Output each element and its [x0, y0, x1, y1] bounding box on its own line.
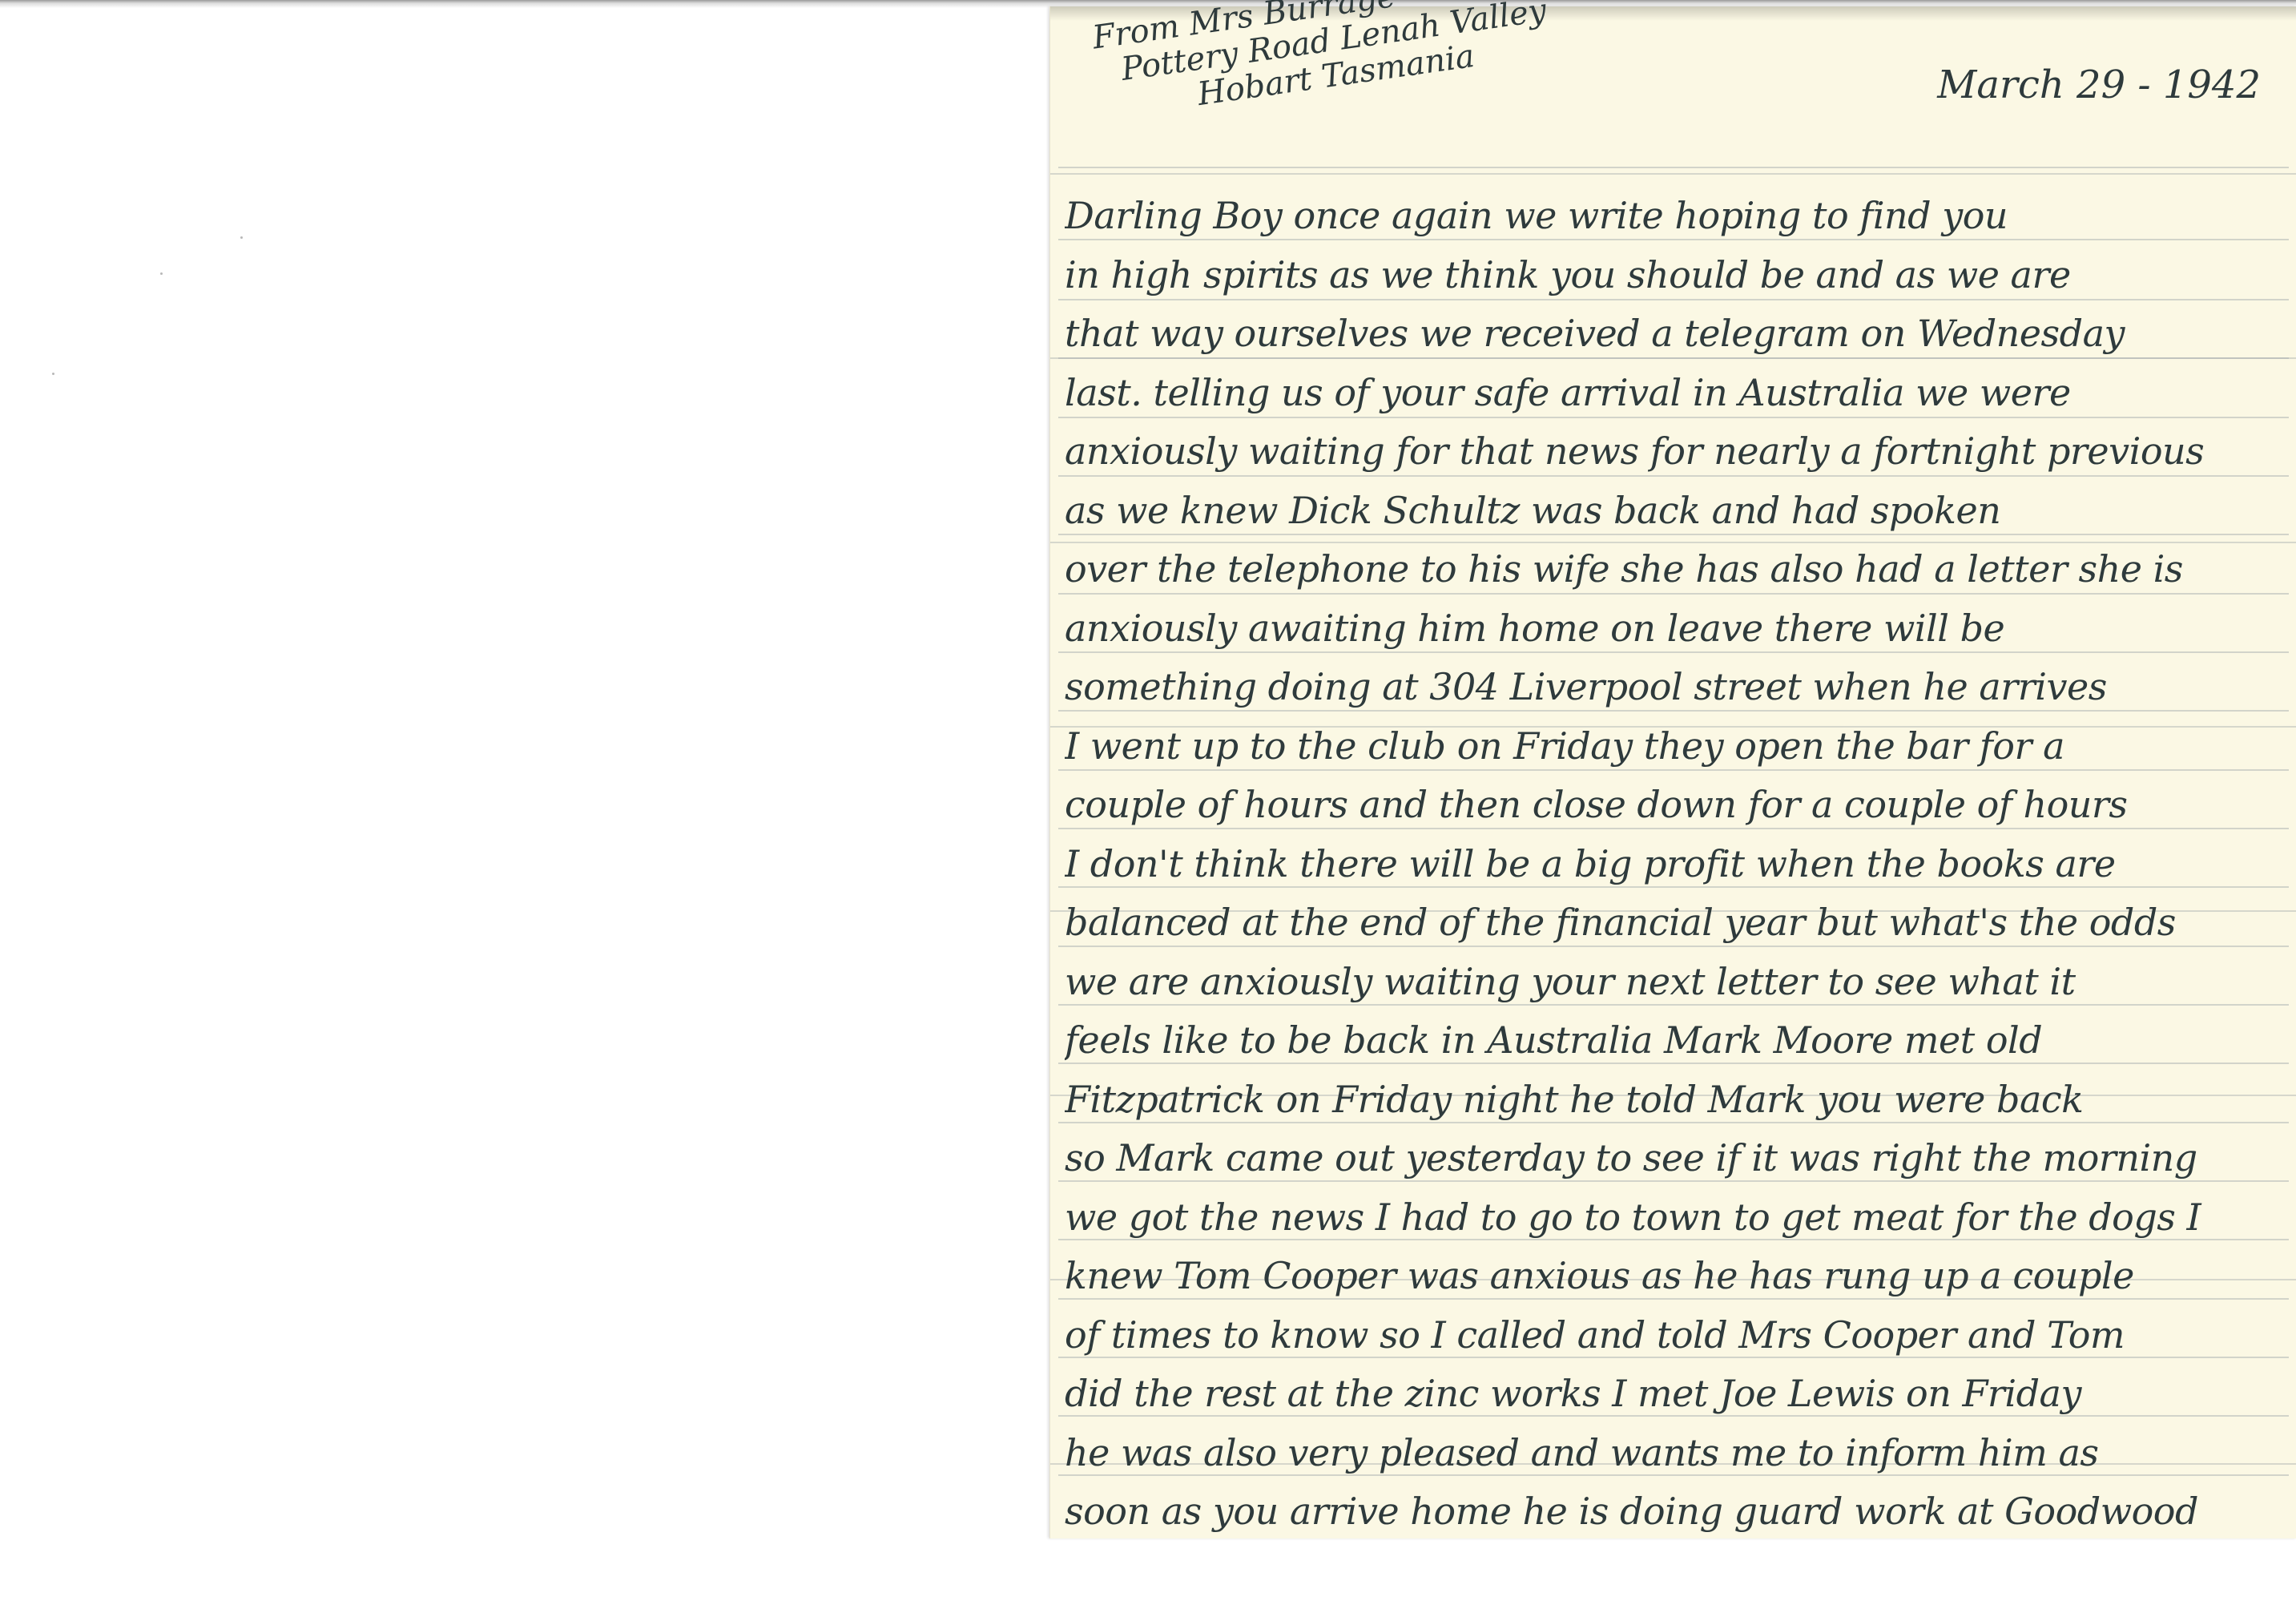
body-line: we got the news I had to go to town to g… [1065, 1188, 2290, 1248]
body-line: over the telephone to his wife she has a… [1065, 540, 2290, 599]
body-line: he was also very pleased and wants me to… [1065, 1424, 2290, 1483]
body-line: soon as you arrive home he is doing guar… [1065, 1482, 2290, 1542]
body-line: of times to know so I called and told Mr… [1065, 1306, 2290, 1365]
scan-speck [240, 236, 243, 239]
body-line: something doing at 304 Liverpool street … [1065, 658, 2290, 717]
blank-left-page [0, 8, 1049, 1621]
body-line: I don't think there will be a big profit… [1065, 835, 2290, 894]
body-line: in high spirits as we think you should b… [1065, 246, 2290, 305]
body-line: knew Tom Cooper was anxious as he has ru… [1065, 1247, 2290, 1306]
body-line: feels like to be back in Australia Mark … [1065, 1011, 2290, 1071]
body-line: last. telling us of your safe arrival in… [1065, 364, 2290, 423]
body-line: Darling Boy once again we write hoping t… [1065, 187, 2290, 246]
letter-body: Darling Boy once again we write hoping t… [1065, 187, 2290, 1542]
letter-page: From Mrs Burrage Pottery Road Lenah Vall… [1049, 6, 2296, 1538]
body-line: anxiously awaiting him home on leave the… [1065, 599, 2290, 659]
body-line: we are anxiously waiting your next lette… [1065, 953, 2290, 1012]
body-line: Fitzpatrick on Friday night he told Mark… [1065, 1071, 2290, 1130]
body-line: anxiously waiting for that news for near… [1065, 422, 2290, 482]
body-line: I went up to the club on Friday they ope… [1065, 717, 2290, 776]
body-line: did the rest at the zinc works I met Joe… [1065, 1365, 2290, 1424]
body-line: so Mark came out yesterday to see if it … [1065, 1129, 2290, 1188]
letter-date: March 29 - 1942 [1937, 63, 2261, 107]
body-line: as we knew Dick Schultz was back and had… [1065, 482, 2290, 541]
body-line: balanced at the end of the financial yea… [1065, 893, 2290, 953]
body-line: couple of hours and then close down for … [1065, 776, 2290, 835]
scan-speck [160, 272, 163, 275]
body-line: that way ourselves we received a telegra… [1065, 304, 2290, 364]
scan-speck [52, 373, 54, 375]
